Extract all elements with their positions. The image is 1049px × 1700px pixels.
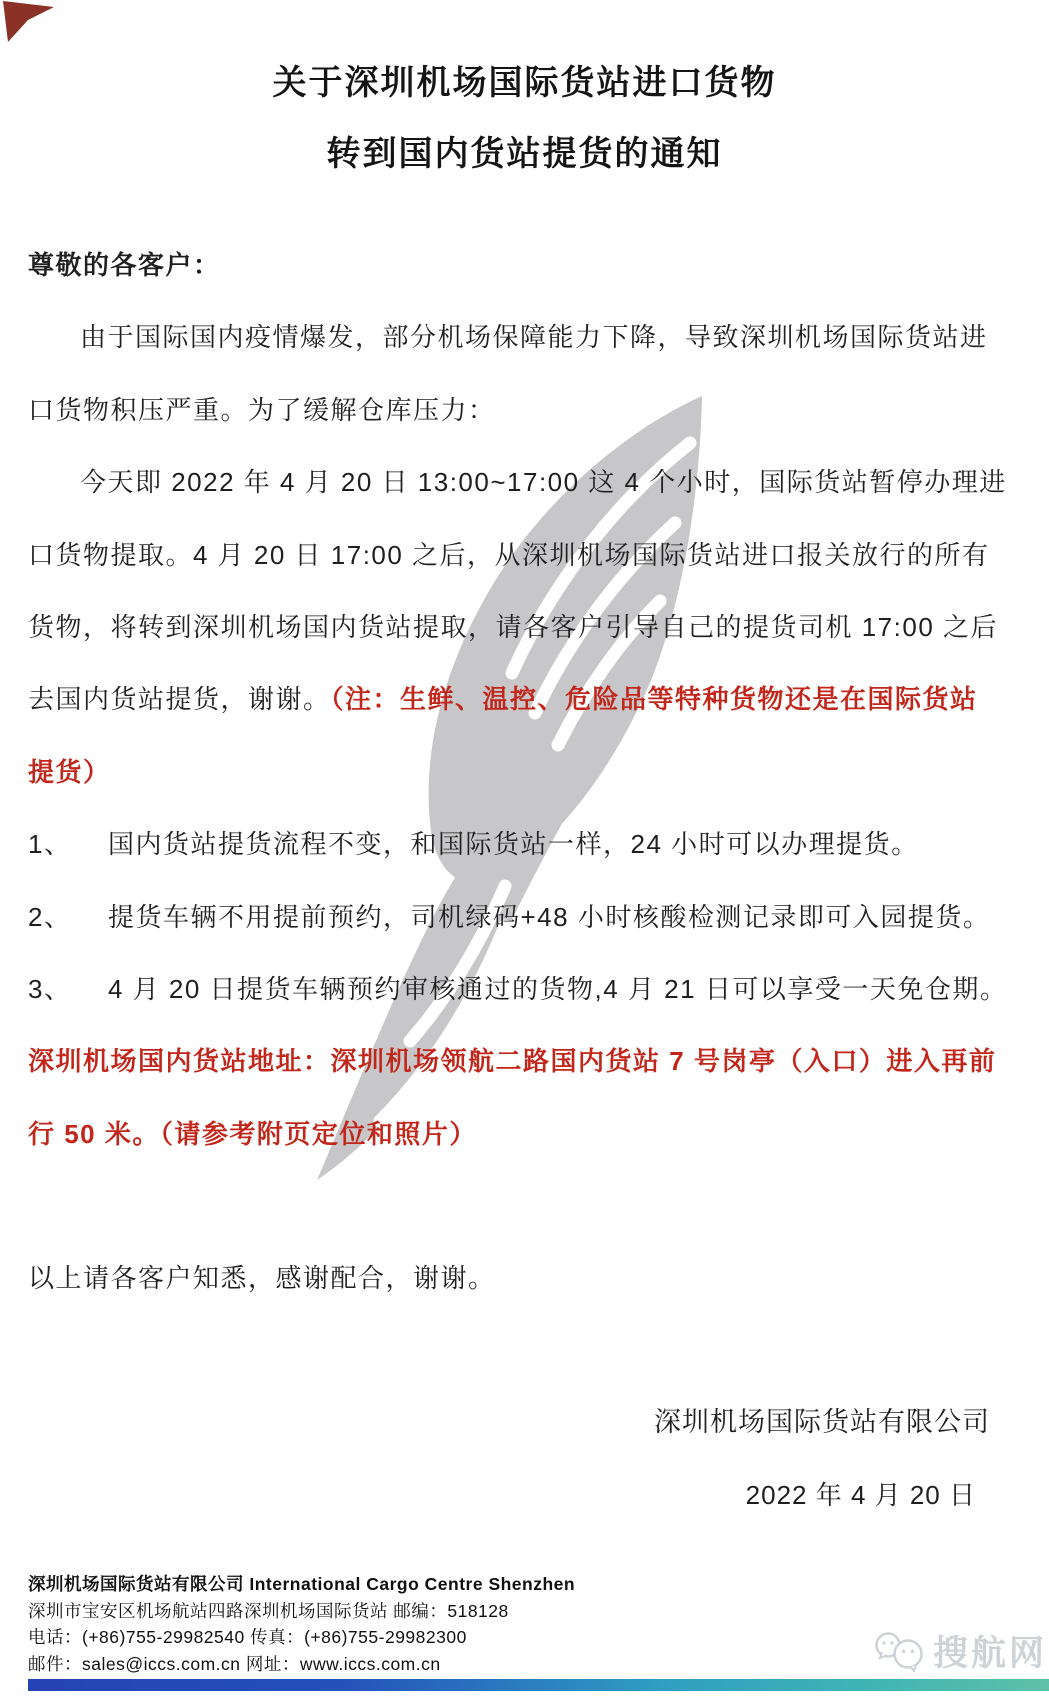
notice-line: 去国内货站提货，谢谢。（注：生鲜、温控、危险品等特种货物还是在国际货站 [28, 663, 1018, 735]
notice-text: 口货物提取。4 月 20 日 17:00 之后，从深圳机场国际货站进口报关放行的… [28, 540, 990, 570]
notice-line: 口货物积压严重。为了缓解仓库压力： [28, 374, 1018, 446]
list-number: 2、 [28, 881, 108, 953]
notice-text: 提货车辆不用提前预约，司机绿码+48 小时核酸检测记录即可入园提货。 [108, 902, 990, 932]
souhang-logo-icon [873, 1630, 927, 1672]
notice-text: 行 50 米。（请参考附页定位和照片） [28, 1119, 477, 1149]
letterhead-footer: 深圳机场国际货站有限公司 International Cargo Centre … [28, 1571, 575, 1678]
signoff-date: 2022 年 4 月 20 日 [654, 1459, 976, 1532]
notice-text: 4 月 20 日提货车辆预约审核通过的货物,4 月 21 日可以享受一天免仓期。 [108, 974, 1007, 1004]
souhang-watermark: 搜航网 [873, 1626, 1047, 1676]
footer-address-line: 深圳市宝安区机场航站四路深圳机场国际货站 邮编：518128 [28, 1598, 575, 1625]
notice-body: 尊敬的各客户：由于国际国内疫情爆发，部分机场保障能力下降，导致深圳机场国际货站进… [28, 229, 1018, 1315]
notice-line: 以上请各客户知悉，感谢配合，谢谢。 [28, 1242, 1018, 1314]
souhang-watermark-text: 搜航网 [933, 1626, 1047, 1676]
notice-line: 由于国际国内疫情爆发，部分机场保障能力下降，导致深圳机场国际货站进 [28, 301, 1018, 373]
notice-text: 深圳机场国内货站地址：深圳机场领航二路国内货站 7 号岗亭（入口）进入再前 [28, 1046, 996, 1076]
blank-line [28, 1170, 1018, 1242]
title-line-2: 转到国内货站提货的通知 [0, 119, 1049, 190]
notice-document: 关于深圳机场国际货站进口货物 转到国内货站提货的通知 尊敬的各客户：由于国际国内… [0, 0, 1049, 1700]
title-line-1: 关于深圳机场国际货站进口货物 [0, 48, 1049, 119]
footer-email-line: 邮件：sales@iccs.com.cn 网址：www.iccs.com.cn [28, 1651, 575, 1678]
footer-gradient-bar [28, 1679, 1049, 1691]
notice-text: 货物，将转到深圳机场国内货站提取，请各客户引导自己的提货司机 17:00 之后 [28, 612, 998, 642]
notice-text: 去国内货站提货，谢谢。 [28, 684, 331, 714]
signoff-company: 深圳机场国际货站有限公司 [654, 1386, 990, 1459]
notice-text: 今天即 2022 年 4 月 20 日 13:00~17:00 这 4 个小时，… [80, 467, 1007, 497]
signoff-block: 深圳机场国际货站有限公司 2022 年 4 月 20 日 [654, 1386, 990, 1532]
notice-text: 口货物积压严重。为了缓解仓库压力： [28, 395, 496, 425]
notice-line: 提货） [28, 736, 1018, 808]
notice-title: 关于深圳机场国际货站进口货物 转到国内货站提货的通知 [0, 48, 1049, 190]
notice-line: 1、国内货站提货流程不变，和国际货站一样，24 小时可以办理提货。 [28, 808, 1018, 880]
footer-company-line: 深圳机场国际货站有限公司 International Cargo Centre … [28, 1571, 575, 1598]
notice-line: 深圳机场国内货站地址：深圳机场领航二路国内货站 7 号岗亭（入口）进入再前 [28, 1025, 1018, 1097]
notice-line: 行 50 米。（请参考附页定位和照片） [28, 1098, 1018, 1170]
notice-text: 尊敬的各客户： [28, 250, 221, 280]
list-number: 1、 [28, 808, 108, 880]
notice-text: 提货） [28, 757, 111, 787]
notice-line: 3、4 月 20 日提货车辆预约审核通过的货物,4 月 21 日可以享受一天免仓… [28, 953, 1018, 1025]
notice-text: 由于国际国内疫情爆发，部分机场保障能力下降，导致深圳机场国际货站进 [80, 322, 988, 352]
footer-phone-line: 电话：(+86)755-29982540 传真：(+86)755-2998230… [28, 1624, 575, 1651]
notice-text: 以上请各客户知悉，感谢配合，谢谢。 [28, 1263, 496, 1293]
notice-line: 尊敬的各客户： [28, 229, 1018, 301]
red-corner-mark [0, 0, 70, 46]
notice-text: 国内货站提货流程不变，和国际货站一样，24 小时可以办理提货。 [108, 829, 919, 859]
note-red-text: （注：生鲜、温控、危险品等特种货物还是在国际货站 [331, 684, 978, 714]
notice-line: 2、提货车辆不用提前预约，司机绿码+48 小时核酸检测记录即可入园提货。 [28, 881, 1018, 953]
list-number: 3、 [28, 953, 108, 1025]
notice-line: 今天即 2022 年 4 月 20 日 13:00~17:00 这 4 个小时，… [28, 446, 1018, 518]
notice-line: 货物，将转到深圳机场国内货站提取，请各客户引导自己的提货司机 17:00 之后 [28, 591, 1018, 663]
notice-line: 口货物提取。4 月 20 日 17:00 之后，从深圳机场国际货站进口报关放行的… [28, 519, 1018, 591]
